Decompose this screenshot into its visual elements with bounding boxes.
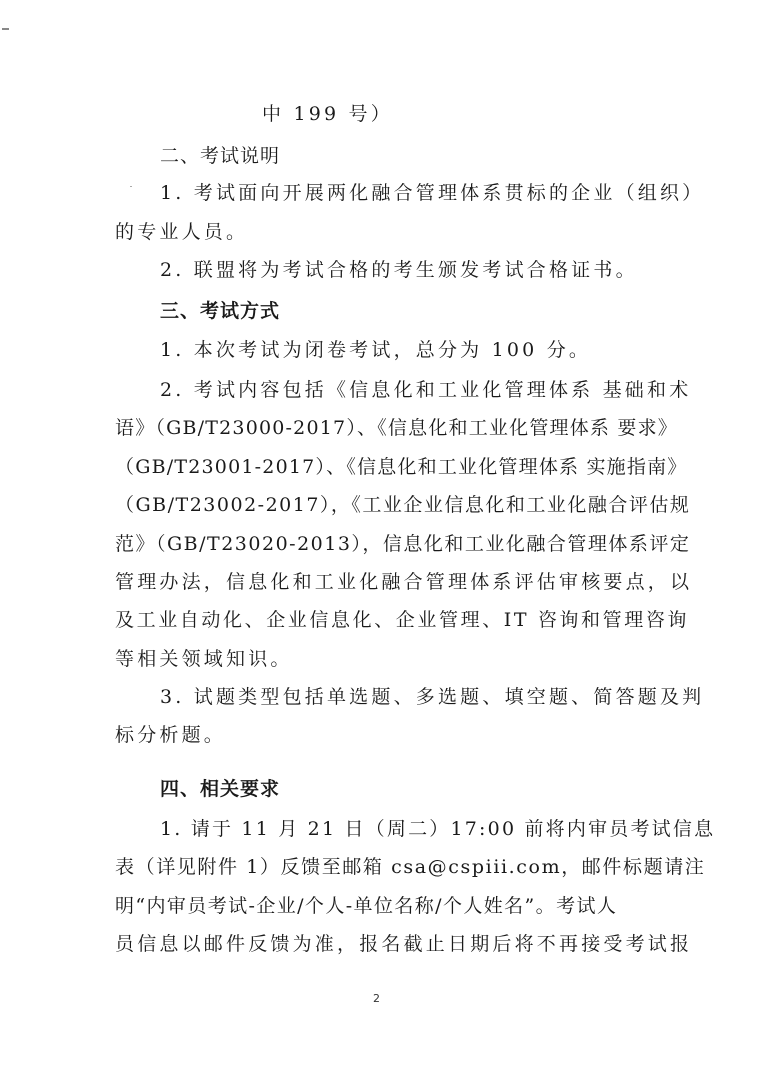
text-line: 标分析题。 [115,723,645,747]
scan-dot [130,186,132,187]
section-heading-exam-method: 三、考试方式 [160,299,645,323]
text-line: （GB/T23002-2017），《工业企业信息化和工业化融合评估规 [115,493,645,517]
text-line: （GB/T23001-2017）、《信息化和工业化管理体系 实施指南》 [115,455,645,479]
text-line: 1. 考试面向开展两化融合管理体系贯标的企业（组织） [160,181,645,205]
text-line: 的专业人员。 [115,220,645,244]
text-line: 范》（GB/T23020-2013），信息化和工业化融合管理体系评定 [115,532,645,556]
text-line: 表（详见附件 1）反馈至邮箱 csa@cspiii.com，邮件标题请注 [115,855,645,879]
text-line-continuation: 中 199 号） [262,102,758,126]
text-line: 1. 请于 11 月 21 日（周二）17:00 前将内审员考试信息 [160,817,645,841]
text-line: 1. 本次考试为闭卷考试，总分为 100 分。 [160,338,645,362]
text-line: 员信息以邮件反馈为准，报名截止日期后将不再接受考试报 [115,932,645,956]
page-number: 2 [373,992,380,1005]
text-line: 明“内审员考试-企业/个人-单位名称/个人姓名”。考试人 [115,894,645,918]
scan-mark [2,28,9,30]
text-line: 管理办法，信息化和工业化融合管理体系评估审核要点，以 [115,570,645,594]
text-line: 等相关领域知识。 [115,647,645,671]
text-line: 3. 试题类型包括单选题、多选题、填空题、简答题及判 [160,685,645,709]
text-line: 及工业自动化、企业信息化、企业管理、IT 咨询和管理咨询 [115,608,645,632]
text-line: 2. 考试内容包括《信息化和工业化管理体系 基础和术 [160,378,645,402]
section-heading-requirements: 四、相关要求 [160,777,645,801]
text-line: 2. 联盟将为考试合格的考生颁发考试合格证书。 [160,258,645,282]
section-heading-exam-description: 二、考试说明 [160,144,645,168]
text-line: 语》（GB/T23000-2017）、《信息化和工业化管理体系 要求》 [115,416,645,440]
